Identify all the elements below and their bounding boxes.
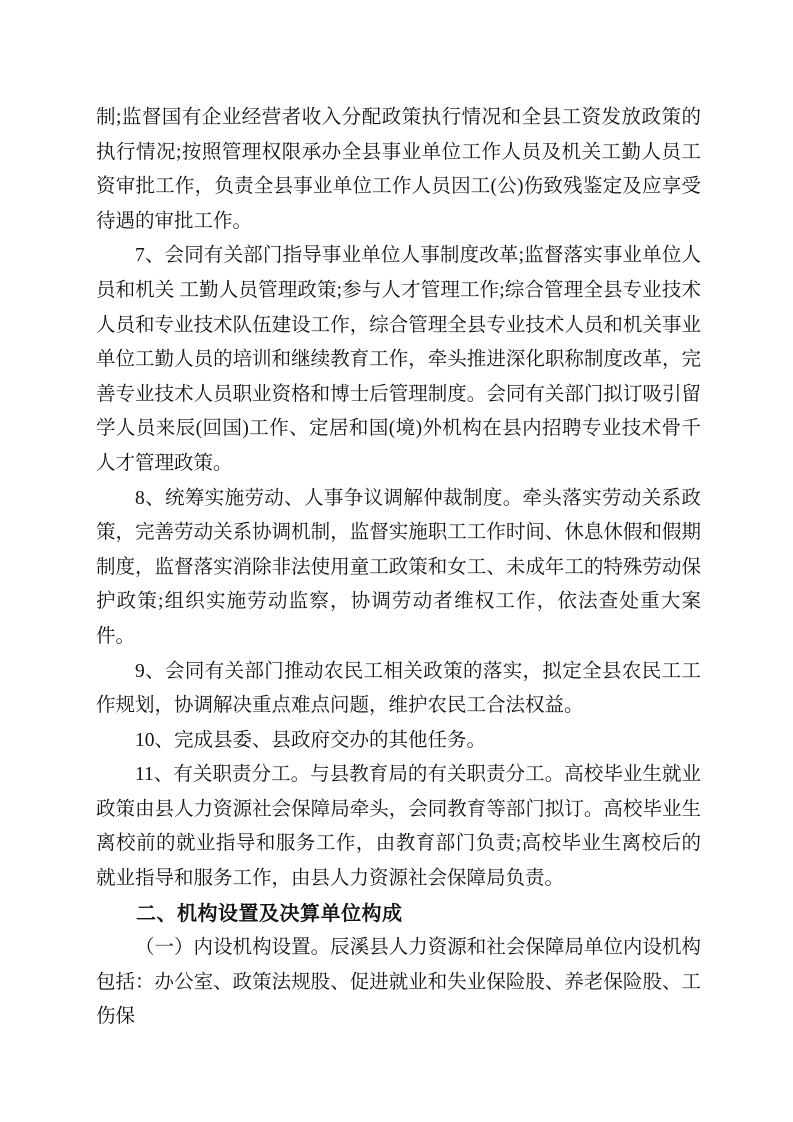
paragraph-item-11: 11、有关职责分工。与县教育局的有关职责分工。高校毕业生就业政策由县人力资源社会… bbox=[96, 758, 701, 896]
paragraph-item-7: 7、会同有关部门指导事业单位人事制度改革;监督落实事业单位人员和机关 工勤人员管… bbox=[96, 239, 701, 481]
paragraph-item-9: 9、会同有关部门推动农民工相关政策的落实，拟定全县农民工工作规划，协调解决重点难… bbox=[96, 655, 701, 724]
paragraph-internal-org: （一）内设机构设置。辰溪县人力资源和社会保障局单位内设机构包括：办公室、政策法规… bbox=[96, 931, 701, 1035]
paragraph-item-8: 8、统筹实施劳动、人事争议调解仲裁制度。牵头落实劳动关系政策，完善劳动关系协调机… bbox=[96, 482, 701, 655]
document-page: 制;监督国有企业经营者收入分配政策执行情况和全县工资发放政策的执行情况;按照管理… bbox=[0, 0, 793, 1122]
paragraph-item-10: 10、完成县委、县政府交办的其他任务。 bbox=[96, 724, 701, 759]
paragraph-continued: 制;监督国有企业经营者收入分配政策执行情况和全县工资发放政策的执行情况;按照管理… bbox=[96, 101, 701, 239]
section-heading: 二、机构设置及决算单位构成 bbox=[96, 897, 701, 932]
